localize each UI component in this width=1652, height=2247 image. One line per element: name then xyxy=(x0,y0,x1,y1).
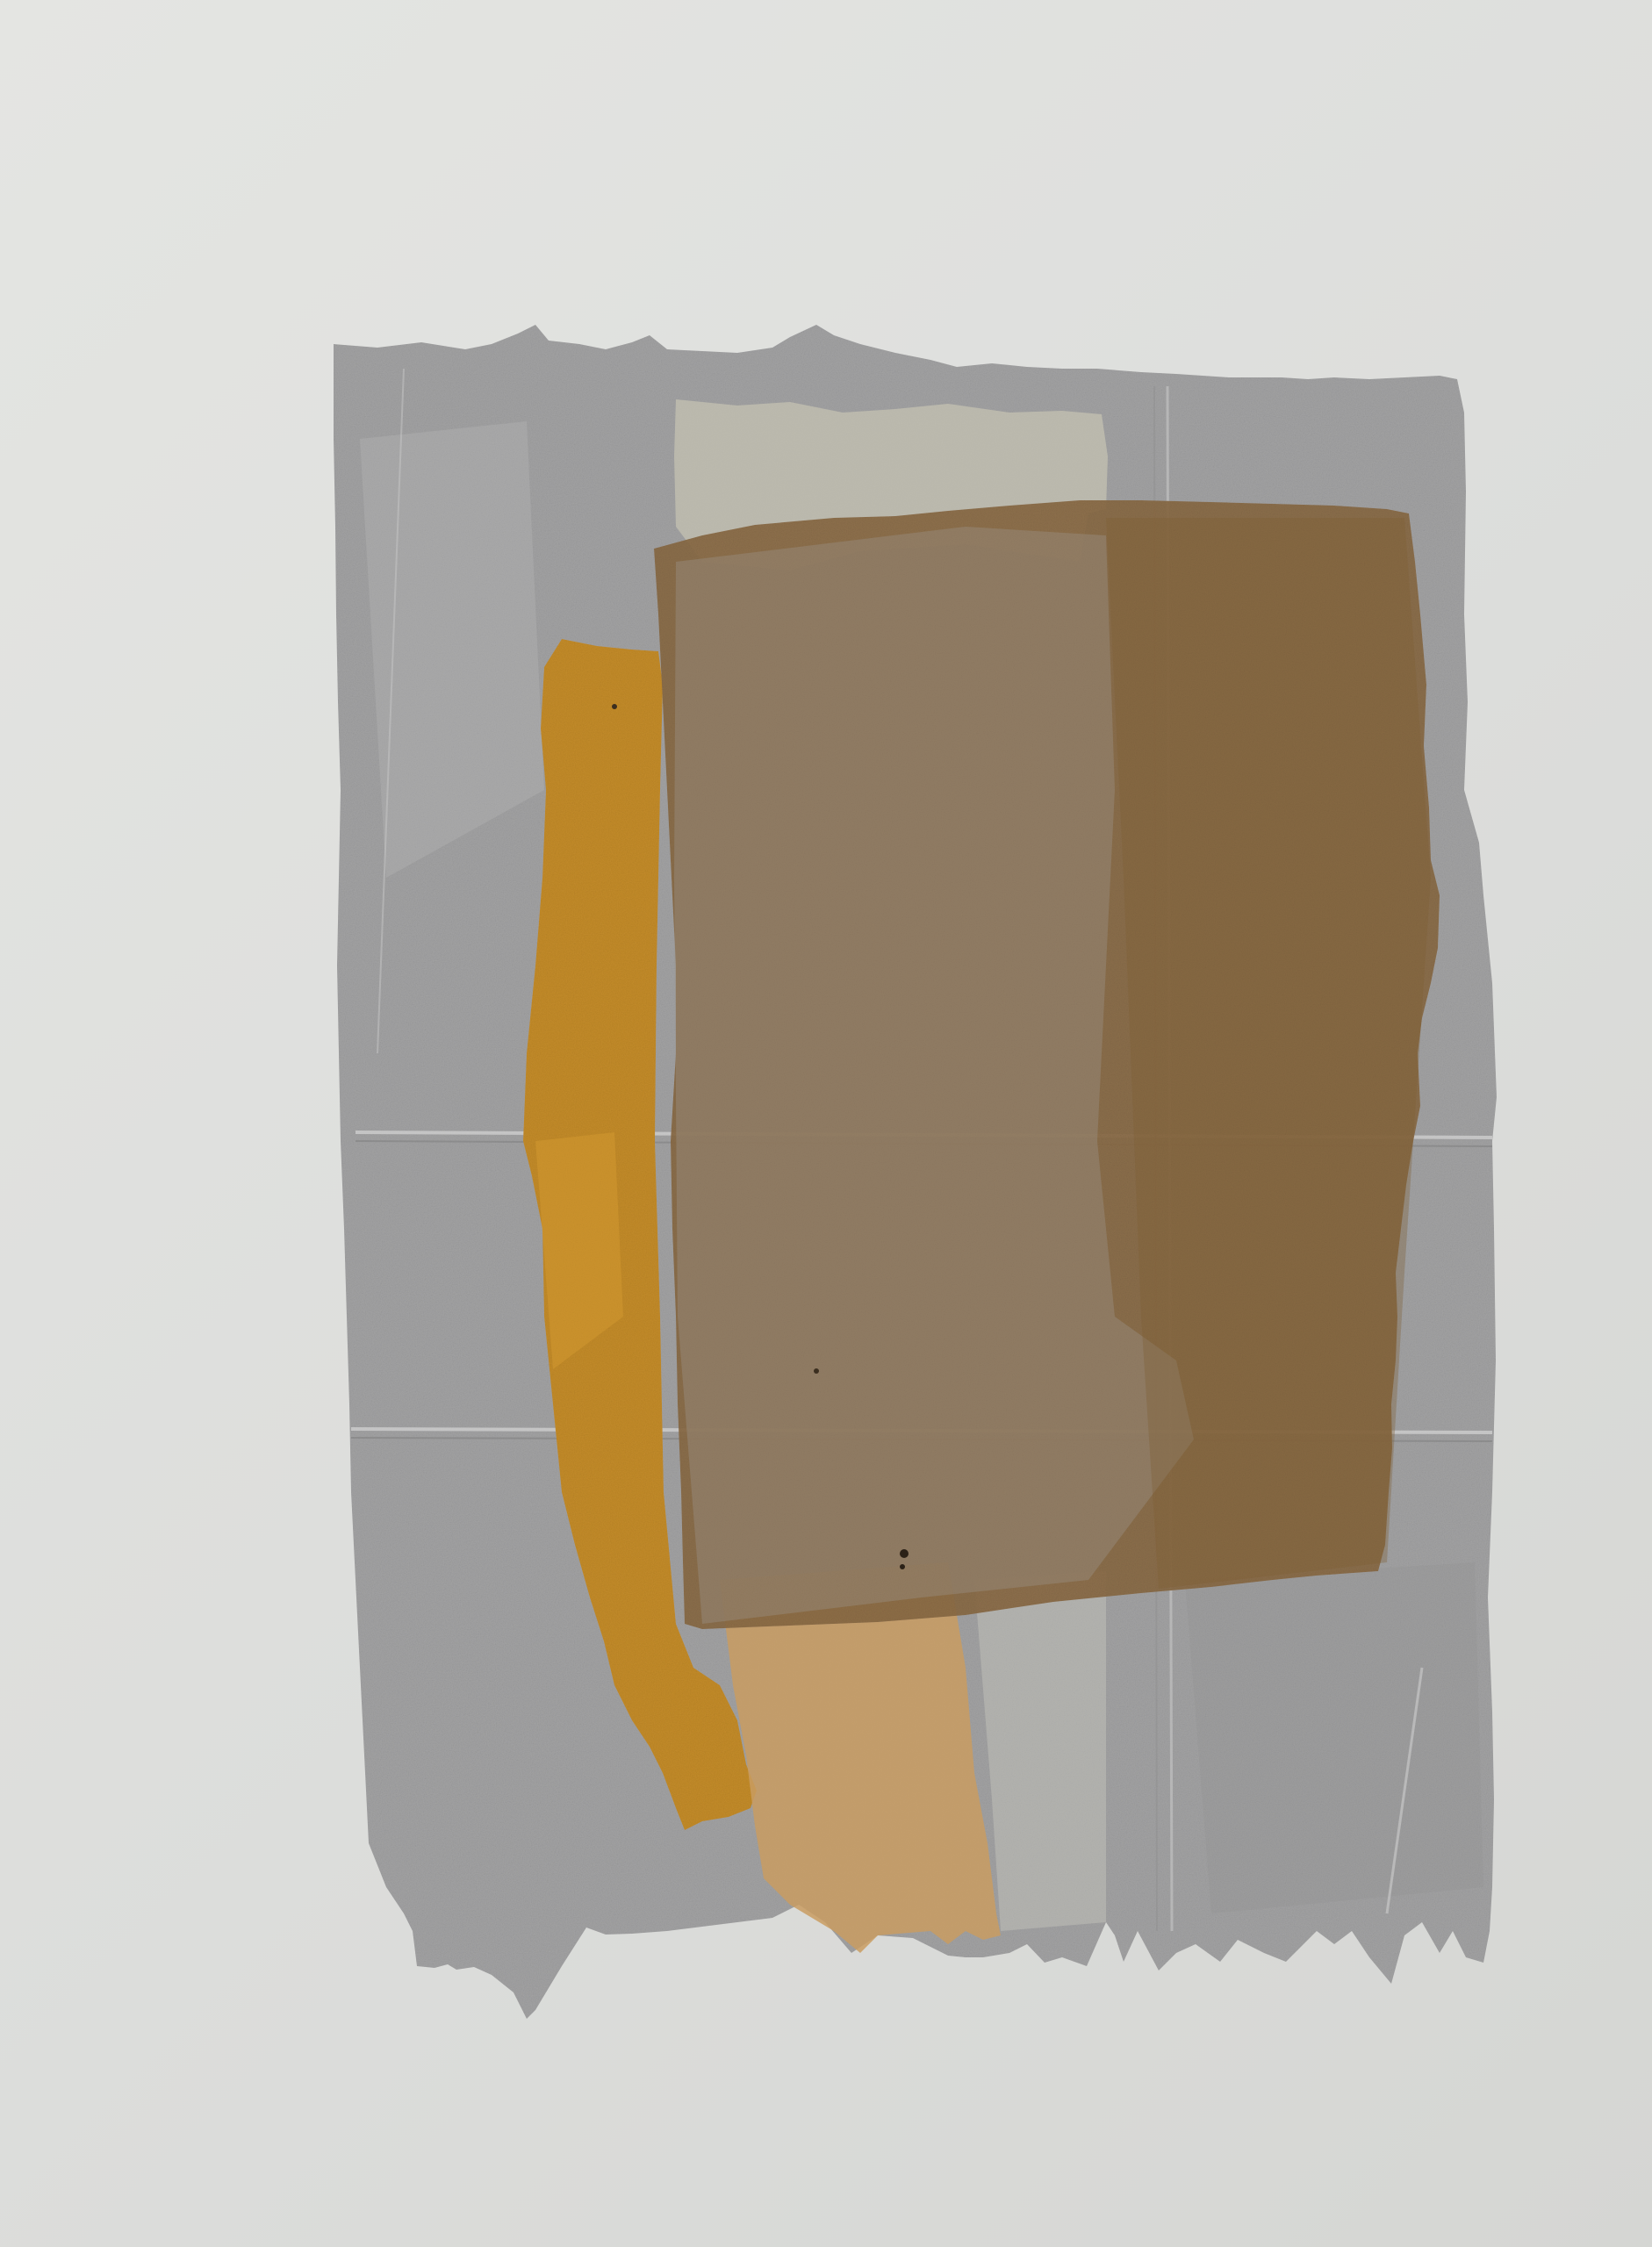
brown-block xyxy=(612,500,1440,1629)
collage-artwork xyxy=(0,0,1652,2247)
photograph-background xyxy=(0,0,1652,2247)
